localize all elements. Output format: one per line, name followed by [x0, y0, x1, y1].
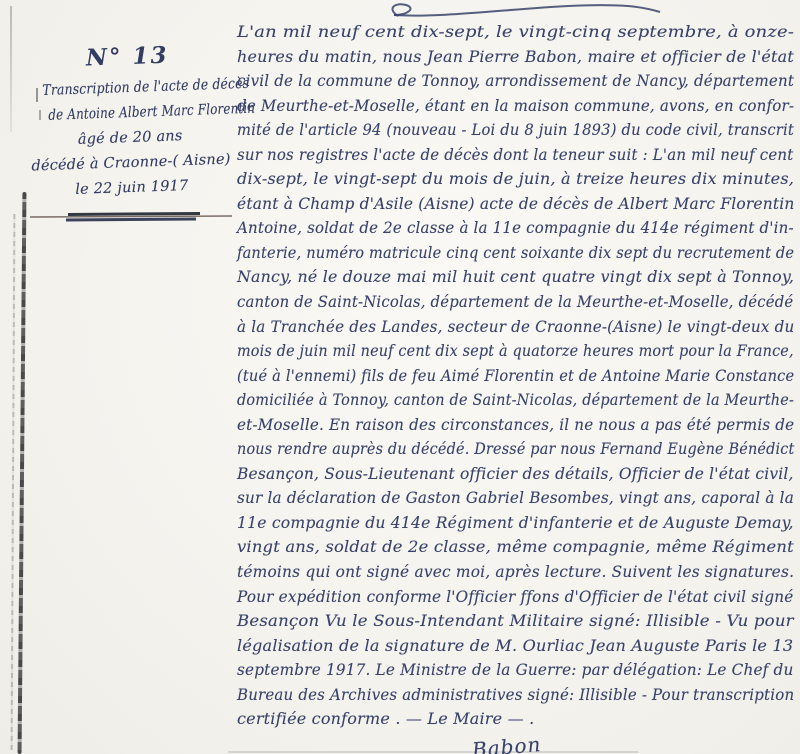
body-line: de Meurthe-et-Moselle, étant en la maiso… — [237, 94, 794, 119]
body-line: à la Tranchée des Landes, secteur de Cra… — [237, 315, 794, 340]
body-line: Nancy, né le douze mai mil huit cent qua… — [237, 265, 794, 290]
body-line: heures du matin, nous Jean Pierre Babon,… — [237, 45, 794, 70]
body-line: (tué à l'ennemi) fils de feu Aimé Floren… — [237, 364, 794, 389]
body-line: témoins qui ont signé avec moi, après le… — [237, 560, 794, 585]
scan-edge-shadow — [228, 751, 638, 753]
body-line: Antoine, soldat de 2e classe à la 11e co… — [237, 216, 794, 241]
margin-underline-decoration — [28, 208, 236, 228]
body-line: légalisation de la signature de M. Ourli… — [237, 634, 794, 659]
binding-edge-artifact — [11, 214, 16, 750]
body-line: Besançon, Sous-Lieutenant officier des d… — [237, 462, 794, 487]
body-line: nous rendre auprès du décédé. Dressé par… — [237, 437, 794, 462]
body-line: Besançon Vu le Sous-Intendant Militaire … — [237, 609, 794, 634]
body-line: mois de juin mil neuf cent dix sept à qu… — [237, 339, 794, 364]
body-line: Pour expédition conforme l'Officier ffon… — [237, 585, 794, 610]
binding-edge-artifact — [10, 6, 12, 132]
body-line: étant à Champ d'Asile (Aisne) acte de dé… — [237, 192, 794, 217]
body-line: vingt ans, soldat de 2e classe, même com… — [237, 535, 794, 560]
body-line: canton de Saint-Nicolas, département de … — [237, 290, 794, 315]
body-line: et-Moselle. En raison des circonstances,… — [237, 413, 794, 438]
ink-flourish-stroke — [368, 0, 663, 20]
body-line: certifiée conforme . — Le Maire — . — [237, 707, 794, 732]
body-line: dix-sept, le vingt-sept du mois de juin,… — [237, 167, 794, 192]
body-line: L'an mil neuf cent dix-sept, le vingt-ci… — [237, 20, 794, 45]
body-line: 11e compagnie du 414e Régiment d'infante… — [237, 511, 794, 536]
body-line: mité de l'article 94 (nouveau - Loi du 8… — [237, 118, 794, 143]
body-line: sur la déclaration de Gaston Gabriel Bes… — [237, 486, 794, 511]
body-line: septembre 1917. Le Ministre de la Guerre… — [237, 658, 794, 683]
body-line: domiciliée à Tonnoy, canton de Saint-Nic… — [237, 388, 794, 413]
act-body-text: L'an mil neuf cent dix-sept, le vingt-ci… — [237, 20, 794, 732]
body-line: Bureau des Archives administratives sign… — [237, 683, 794, 708]
body-line: civil de la commune de Tonnoy, arrondiss… — [237, 69, 794, 94]
scanned-document-page: N° 13 Transcription de l'acte de décès d… — [0, 0, 800, 754]
body-line: sur nos registres l'acte de décès dont l… — [237, 143, 794, 168]
margin-note: N° 13 Transcription de l'acte de décès d… — [23, 36, 235, 202]
binding-edge-artifact — [18, 192, 27, 754]
signature-babon: Babon — [471, 732, 542, 754]
body-line: fanterie, numéro matricule cinq cent soi… — [237, 241, 794, 266]
